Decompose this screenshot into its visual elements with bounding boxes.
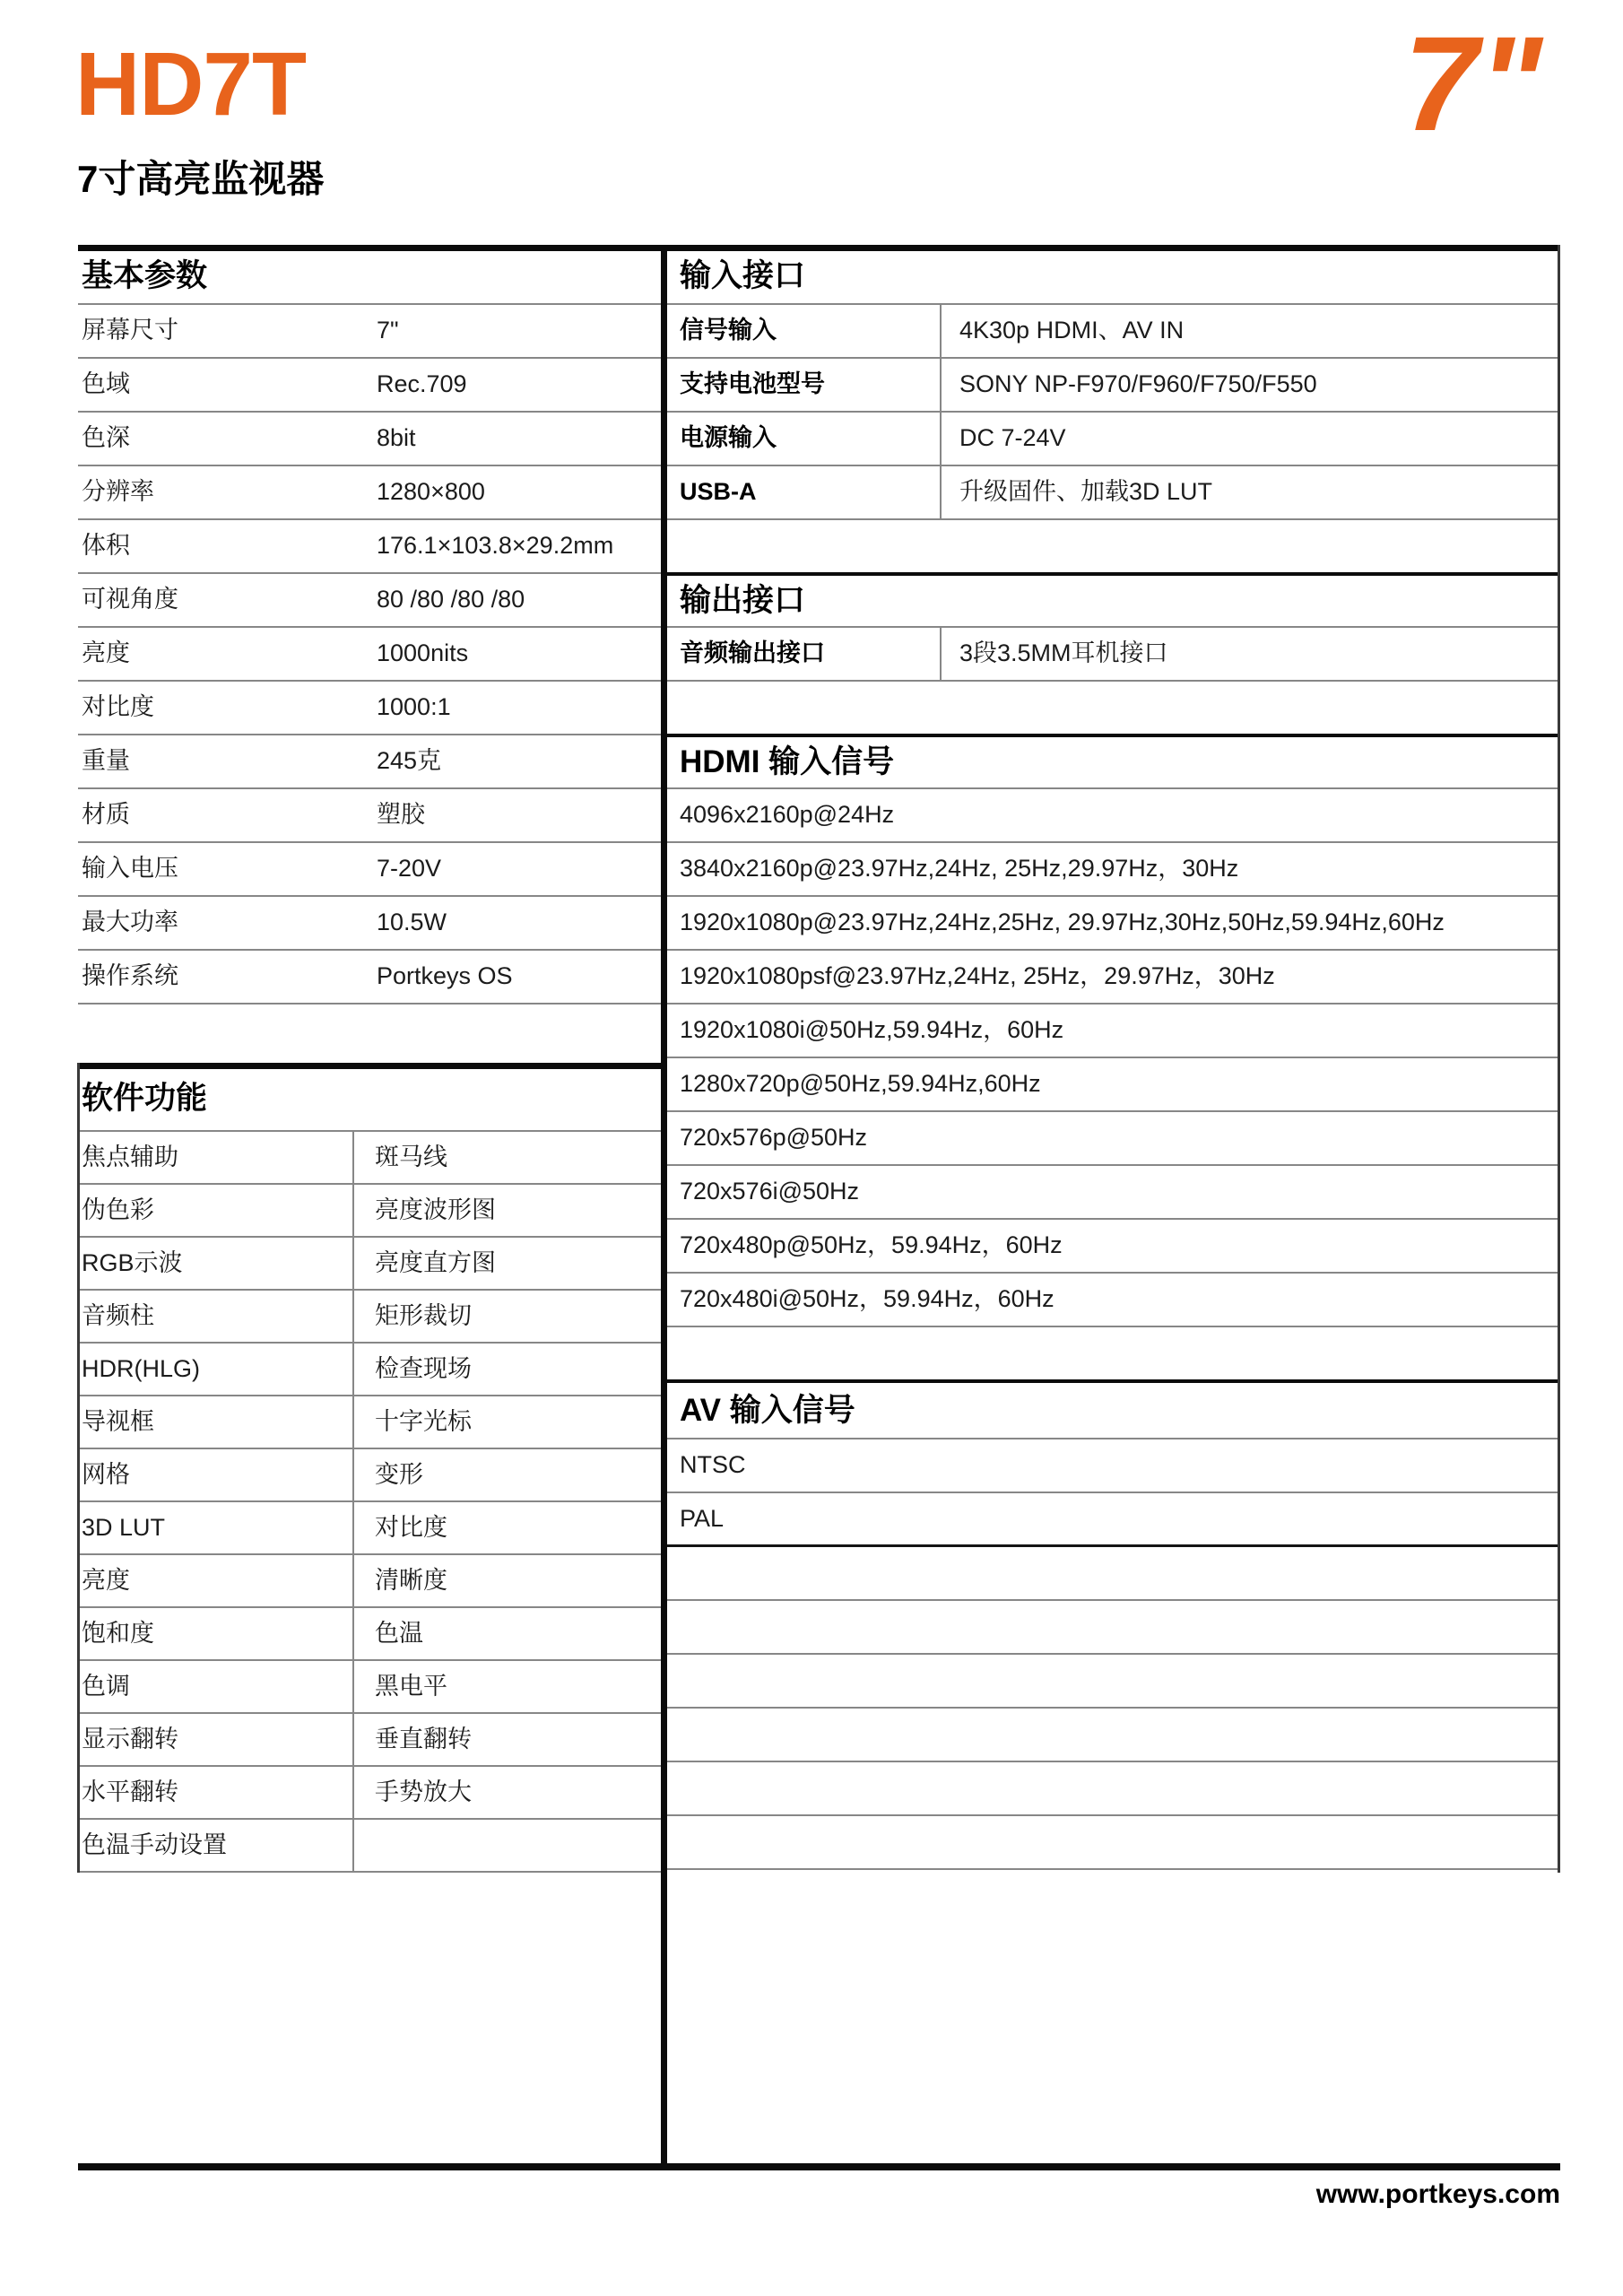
spec-value: 变形 [352,1449,661,1500]
spec-value: DC 7-24V [940,413,1560,465]
spec-value: 十字光标 [352,1396,661,1448]
spec-row: 1920x1080p@23.97Hz,24Hz,25Hz, 29.97Hz,30… [667,897,1560,951]
output-ports-section: 输出接口 音频输出接口3段3.5MM耳机接口 [667,572,1560,682]
spec-sheet-page: HD7T 7寸高亮监视器 7" 基本参数 屏幕尺寸7"色域Rec.709色深8b… [0,0,1623,2296]
spec-row: 网格变形 [78,1449,661,1502]
spec-label: 屏幕尺寸 [78,305,178,356]
spec-value: 亮度直方图 [352,1238,661,1289]
footer-website: www.portkeys.com [1316,2179,1560,2210]
spec-row: 伪色彩亮度波形图 [78,1185,661,1238]
spec-label: 最大功率 [78,897,178,948]
spec-label: 水平翻转 [78,1767,178,1817]
spec-value: 10.5W [377,897,447,949]
spec-value: 黑电平 [352,1661,661,1712]
spec-row: 体积176.1×103.8×29.2mm [78,520,661,574]
spec-row: 音频输出接口3段3.5MM耳机接口 [667,628,1560,682]
spec-label: 体积 [78,520,130,571]
basic-params-header: 基本参数 [78,245,661,305]
spec-row: 支持电池型号SONY NP-F970/F960/F750/F550 [667,359,1560,413]
spec-row: 显示翻转垂直翻转 [78,1714,661,1767]
spec-label: 音频柱 [78,1291,154,1341]
spec-label: 亮度 [78,1555,130,1605]
spec-value: 亮度波形图 [352,1185,661,1236]
spec-row: 3D LUT对比度 [78,1502,661,1555]
spec-label: 色调 [78,1661,130,1711]
av-signals-header: AV 输入信号 [667,1379,1560,1439]
empty-row [667,1547,1560,1601]
spec-label: 可视角度 [78,574,178,625]
spec-value: 升级固件、加载3D LUT [940,466,1560,518]
empty-row [667,1762,1560,1816]
spec-row: 可视角度80 /80 /80 /80 [78,574,661,628]
spec-value: 7-20V [377,843,441,895]
spec-row: 色域Rec.709 [78,359,661,413]
spec-row: 1920x1080psf@23.97Hz,24Hz, 25Hz，29.97Hz，… [667,951,1560,1004]
empty-row [667,1816,1560,1870]
hdmi-signals-header: HDMI 输入信号 [667,734,1560,789]
spec-value: SONY NP-F970/F960/F750/F550 [940,359,1560,411]
spec-row: 音频柱矩形裁切 [78,1291,661,1344]
spec-label: 焦点辅助 [78,1132,178,1182]
spec-value: 斑马线 [352,1132,661,1183]
spec-value: 1000nits [377,628,468,680]
spec-row: 1280x720p@50Hz,59.94Hz,60Hz [667,1058,1560,1112]
spec-label: 材质 [78,789,130,840]
spec-label: 显示翻转 [78,1714,178,1764]
spec-value: 垂直翻转 [352,1714,661,1765]
spec-label: 伪色彩 [78,1185,154,1235]
spec-value: 245克 [377,735,441,787]
hdmi-signals-rows: 4096x2160p@24Hz3840x2160p@23.97Hz,24Hz, … [667,789,1560,1327]
spec-row: 对比度1000:1 [78,682,661,735]
spec-label: 重量 [78,735,130,787]
spec-value: 7" [377,305,399,357]
empty-row [667,1601,1560,1655]
software-features-header: 软件功能 [78,1063,661,1132]
spec-value: 色温 [352,1608,661,1659]
spec-label: 亮度 [78,628,130,679]
av-signals-rows: NTSCPAL [667,1439,1560,1870]
spec-label: 导视框 [78,1396,154,1447]
spec-label: 网格 [78,1449,130,1500]
spec-row: 3840x2160p@23.97Hz,24Hz, 25Hz,29.97Hz，30… [667,843,1560,897]
product-title: HD7T [75,39,306,129]
spec-label: 信号输入 [667,305,777,356]
center-divider-rule [661,245,667,2170]
spec-row: 焦点辅助斑马线 [78,1132,661,1185]
hdmi-signals-section: HDMI 输入信号 4096x2160p@24Hz3840x2160p@23.9… [667,734,1560,1327]
empty-row [667,1709,1560,1762]
spec-label: 色域 [78,359,130,410]
spec-label: HDR(HLG) [78,1344,200,1394]
spec-row: 饱和度色温 [78,1608,661,1661]
spec-label: USB-A [667,466,757,517]
spec-value: Portkeys OS [377,951,513,1003]
spec-value: 4K30p HDMI、AV IN [940,305,1560,357]
spec-row: 屏幕尺寸7" [78,305,661,359]
output-ports-header: 输出接口 [667,572,1560,628]
spec-row: 色调黑电平 [78,1661,661,1714]
spec-label: 对比度 [78,682,154,733]
spec-row: 色温手动设置 [78,1820,661,1873]
spec-label: 色温手动设置 [78,1820,227,1870]
spec-row: 导视框十字光标 [78,1396,661,1449]
spec-value [352,1820,661,1871]
spec-label: 饱和度 [78,1608,154,1658]
spec-row: 亮度1000nits [78,628,661,682]
spec-value: 清晰度 [352,1555,661,1606]
spec-label: 操作系统 [78,951,178,1002]
spec-row: 4096x2160p@24Hz [667,789,1560,843]
input-ports-header: 输入接口 [667,245,1560,305]
output-ports-rows: 音频输出接口3段3.5MM耳机接口 [667,628,1560,682]
table-bottom-rule [78,2163,1560,2170]
spec-row: NTSC [667,1439,1560,1493]
screen-size-badge: 7" [1403,16,1542,151]
spec-value: 对比度 [352,1502,661,1553]
spec-label: 电源输入 [667,413,777,464]
spec-label: 支持电池型号 [667,359,825,410]
spec-row: 分辨率1280×800 [78,466,661,520]
software-features-section: 软件功能 焦点辅助斑马线伪色彩亮度波形图RGB示波亮度直方图音频柱矩形裁切HDR… [78,1063,661,1873]
spec-row: 1920x1080i@50Hz,59.94Hz，60Hz [667,1004,1560,1058]
software-features-rows: 焦点辅助斑马线伪色彩亮度波形图RGB示波亮度直方图音频柱矩形裁切HDR(HLG)… [78,1132,661,1873]
spec-value: 检查现场 [352,1344,661,1395]
spec-row: 电源输入DC 7-24V [667,413,1560,466]
spec-row: 720x480i@50Hz，59.94Hz，60Hz [667,1274,1560,1327]
spec-value: 塑胶 [377,789,425,841]
spec-value: 1280×800 [377,466,485,518]
spec-value: 手势放大 [352,1767,661,1818]
spec-label: 3D LUT [78,1502,165,1552]
input-ports-section: 输入接口 信号输入4K30p HDMI、AV IN支持电池型号SONY NP-F… [667,245,1560,520]
spec-label: 输入电压 [78,843,178,894]
spec-value: 矩形裁切 [352,1291,661,1342]
spec-row: 最大功率10.5W [78,897,661,951]
spec-row: PAL [667,1493,1560,1547]
spec-row: 水平翻转手势放大 [78,1767,661,1820]
spec-row: 操作系统Portkeys OS [78,951,661,1004]
spec-label: RGB示波 [78,1238,183,1288]
spec-row: 输入电压7-20V [78,843,661,897]
spec-row: 720x480p@50Hz，59.94Hz，60Hz [667,1220,1560,1274]
empty-row [667,1655,1560,1709]
input-ports-rows: 信号输入4K30p HDMI、AV IN支持电池型号SONY NP-F970/F… [667,305,1560,520]
software-left-edge-rule [77,1063,80,1873]
basic-params-rows: 屏幕尺寸7"色域Rec.709色深8bit分辨率1280×800体积176.1×… [78,305,661,1004]
spec-row: HDR(HLG)检查现场 [78,1344,661,1396]
spec-row: 色深8bit [78,413,661,466]
spec-row: 720x576p@50Hz [667,1112,1560,1166]
spec-value: Rec.709 [377,359,467,411]
spec-row: RGB示波亮度直方图 [78,1238,661,1291]
spec-value: 1000:1 [377,682,451,734]
right-edge-rule [1558,245,1560,1873]
spec-row: 材质塑胶 [78,789,661,843]
spec-row: 720x576i@50Hz [667,1166,1560,1220]
spec-value: 3段3.5MM耳机接口 [940,628,1560,680]
spec-row: 重量245克 [78,735,661,789]
spec-value: 176.1×103.8×29.2mm [377,520,613,572]
spec-value: 80 /80 /80 /80 [377,574,525,626]
spec-value: 8bit [377,413,416,465]
spec-label: 音频输出接口 [667,628,825,679]
basic-params-section: 基本参数 屏幕尺寸7"色域Rec.709色深8bit分辨率1280×800体积1… [78,245,661,1004]
spec-label: 分辨率 [78,466,154,517]
av-signals-section: AV 输入信号 NTSCPAL [667,1379,1560,1870]
spec-row: 信号输入4K30p HDMI、AV IN [667,305,1560,359]
product-subtitle: 7寸高亮监视器 [77,157,324,202]
spec-row: 亮度清晰度 [78,1555,661,1608]
spec-row: USB-A升级固件、加载3D LUT [667,466,1560,520]
spec-label: 色深 [78,413,130,464]
